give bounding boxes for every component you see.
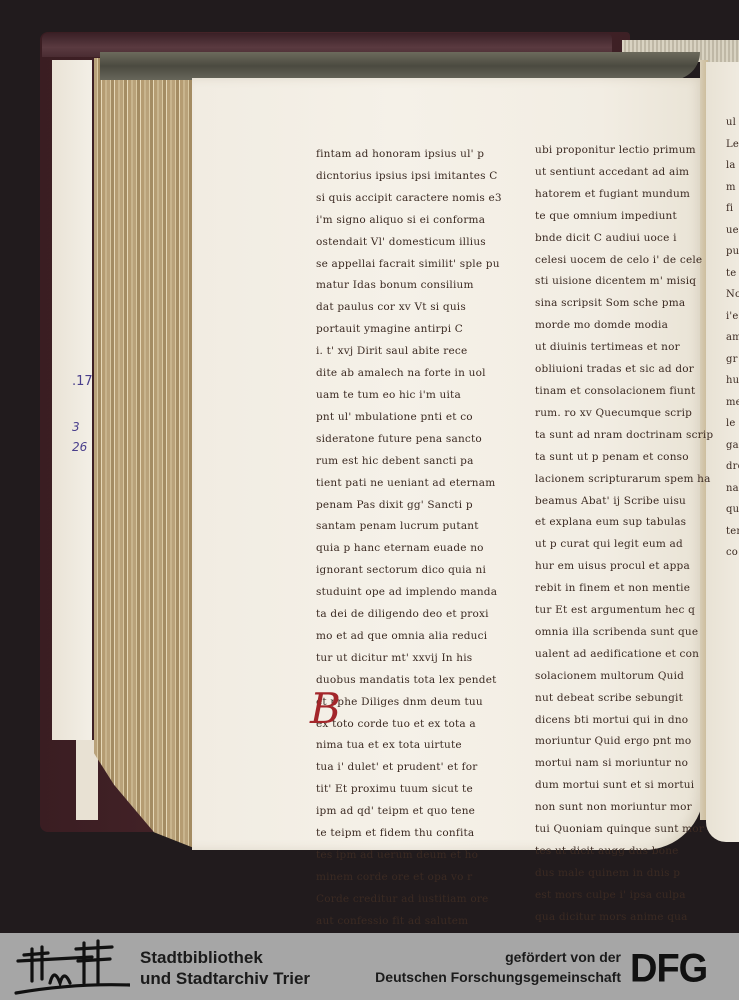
page-head-edge	[100, 52, 700, 80]
text-line: aut confessio fit ad salutem	[316, 911, 502, 933]
text-line: et explana eum sup tabulas	[535, 512, 713, 534]
text-column-left: fintam ad honoram ipsius ul' p dicntoriu…	[316, 144, 502, 933]
text-line: lacionem scripturarum spem ha	[535, 469, 713, 491]
text-line: tui Quoniam quinque sunt mor	[535, 819, 713, 841]
page-fore-edge	[94, 58, 194, 848]
library-name-line1: Stadtbibliothek	[140, 947, 310, 968]
library-logo-icon	[14, 939, 130, 995]
text-line: non sunt non moriuntur mor	[535, 797, 713, 819]
funding-notice: gefördert von der Deutschen Forschungsge…	[375, 947, 621, 987]
text-line: obliuioni tradas et sic ad dor	[535, 359, 713, 381]
text-line: ualent ad aedificatione et con	[535, 644, 713, 666]
text-line: mo et ad que omnia alia reduci	[316, 626, 502, 648]
text-line: que	[726, 499, 739, 521]
text-line: est mors culpe i' ipsa culpa	[535, 885, 713, 907]
text-line: tinam et consolacionem fiunt	[535, 381, 713, 403]
text-line: dre	[726, 456, 739, 478]
pastedown-flyleaf	[52, 60, 92, 740]
text-line: pnt ul' mbulatione pnti et co	[316, 407, 502, 429]
text-line: santam penam lucrum putant	[316, 516, 502, 538]
text-line: ostendait Vl' domesticum illius	[316, 232, 502, 254]
text-line: bnde dicit C audiui uoce i	[535, 228, 713, 250]
text-line: tur Et est argumentum hec q	[535, 600, 713, 622]
manuscript-photo: .17 3 26 fintam ad honoram ipsius ul' p …	[0, 0, 739, 933]
text-line: tur ut dicitur mt' xxvij In his	[316, 648, 502, 670]
text-line: ta sunt ad nram doctrinam scrip	[535, 425, 713, 447]
text-line: la	[726, 155, 739, 177]
text-column-recto-fragment: ul Le la m fi ue pu te No i'e am gr hu m…	[726, 112, 739, 564]
text-line: ten	[726, 521, 739, 543]
text-line: ipm ad qd' teipm et quo tene	[316, 801, 502, 823]
text-line: te teipm et fidem thu confita	[316, 823, 502, 845]
text-line: dicntorius ipsius ipsi imitantes C	[316, 166, 502, 188]
text-line: se appellai facrait similit' sple pu	[316, 254, 502, 276]
decorated-initial: B	[310, 686, 344, 732]
text-line: portauit ymagine antirpi C	[316, 319, 502, 341]
text-line: gal	[726, 435, 739, 457]
funding-notice-line2: Deutschen Forschungsgemeinschaft	[375, 967, 621, 987]
text-line: me	[726, 392, 739, 414]
text-line: moriuntur Quid ergo pnt mo	[535, 731, 713, 753]
text-line: si quis accipit caractere nomis e3	[316, 188, 502, 210]
text-line: te que omnium impediunt	[535, 206, 713, 228]
text-line: beamus Abat' ij Scribe uisu	[535, 491, 713, 513]
pencil-note: 26	[72, 440, 87, 454]
text-line: le	[726, 413, 739, 435]
text-line: dicens bti mortui qui in dno	[535, 710, 713, 732]
text-line: celesi uocem de celo i' de cele	[535, 250, 713, 272]
text-line: am	[726, 327, 739, 349]
footer-banner: Stadtbibliothek und Stadtarchiv Trier ge…	[0, 933, 739, 1000]
text-line: ut sentiunt accedant ad aim	[535, 162, 713, 184]
text-line: ul	[726, 112, 739, 134]
text-line: ut p curat qui legit eum ad	[535, 534, 713, 556]
text-line: minem corde ore et opa vo r	[316, 867, 502, 889]
text-line: solacionem multorum Quid	[535, 666, 713, 688]
text-line: studuint ope ad implendo manda	[316, 582, 502, 604]
text-line: tua i' dulet' et prudent' et for	[316, 757, 502, 779]
text-line: No	[726, 284, 739, 306]
text-line: ut diuinis tertimeas et nor	[535, 337, 713, 359]
text-line: ubi proponitur lectio primum	[535, 140, 713, 162]
text-line: matur Idas bonum consilium	[316, 275, 502, 297]
text-line: i'm signo aliquo si ei conforma	[316, 210, 502, 232]
text-line: ue	[726, 220, 739, 242]
text-line: hatorem et fugiant mundum	[535, 184, 713, 206]
text-line: sina scripsit Som sche pma	[535, 293, 713, 315]
text-line: sti uisione dicentem m' misiq	[535, 271, 713, 293]
text-line: ignorant sectorum dico quia ni	[316, 560, 502, 582]
text-line: gr	[726, 349, 739, 371]
shelfmark-note: .17	[72, 374, 93, 389]
text-line: nut debeat scribe sebungit	[535, 688, 713, 710]
text-line: co	[726, 542, 739, 564]
text-column-right: ubi proponitur lectio primum ut sentiunt…	[535, 140, 713, 933]
text-line: pu	[726, 241, 739, 263]
text-line: dat paulus cor xv Vt si quis	[316, 297, 502, 319]
text-line: morde mo domde modia	[535, 315, 713, 337]
text-line: dus male quinem in dnis p	[535, 863, 713, 885]
library-name: Stadtbibliothek und Stadtarchiv Trier	[140, 947, 310, 989]
text-line: tit' Et proximu tuum sicut te	[316, 779, 502, 801]
text-line: hur em uisus procul et appa	[535, 556, 713, 578]
text-line: ta dei de diligendo deo et proxi	[316, 604, 502, 626]
text-line: penam Pas dixit gg' Sancti p	[316, 495, 502, 517]
text-line: rebit in finem et non mentie	[535, 578, 713, 600]
dfg-logo: DFG	[630, 950, 707, 988]
text-line: ta sunt ut p penam et conso	[535, 447, 713, 469]
text-line: m	[726, 177, 739, 199]
text-line: fintam ad honoram ipsius ul' p	[316, 144, 502, 166]
text-line: dum mortui sunt et si mortui	[535, 775, 713, 797]
text-line: i. t' xvj Dirit saul abite rece	[316, 341, 502, 363]
text-line: nima tua et ex tota uirtute	[316, 735, 502, 757]
text-line: na	[726, 478, 739, 500]
library-name-line2: und Stadtarchiv Trier	[140, 968, 310, 989]
text-line: fi	[726, 198, 739, 220]
text-line: uam te tum eo hic i'm uita	[316, 385, 502, 407]
text-line: rum. ro xv Quecumque scrip	[535, 403, 713, 425]
text-line: tient pati ne ueniant ad eternam	[316, 473, 502, 495]
text-line: Corde creditur ad iustitiam ore	[316, 889, 502, 911]
pencil-note: 3	[72, 420, 80, 434]
text-line: mortui nam si moriuntur no	[535, 753, 713, 775]
text-line: hu	[726, 370, 739, 392]
text-line: omnia illa scribenda sunt que	[535, 622, 713, 644]
text-line: i'e	[726, 306, 739, 328]
text-line: Le	[726, 134, 739, 156]
text-line: rum est hic debent sancti pa	[316, 451, 502, 473]
text-line: sideratone future pena sancto	[316, 429, 502, 451]
text-line: quia p hanc eternam euade no	[316, 538, 502, 560]
text-line: qua dicitur mors anime qua	[535, 907, 713, 929]
text-line: te	[726, 263, 739, 285]
text-line: tes ipm ad uerum deum et ho	[316, 845, 502, 867]
text-line: tes ut dicit augg dus bone	[535, 841, 713, 863]
funding-notice-line1: gefördert von der	[375, 947, 621, 967]
text-line: dite ab amalech na forte in uol	[316, 363, 502, 385]
